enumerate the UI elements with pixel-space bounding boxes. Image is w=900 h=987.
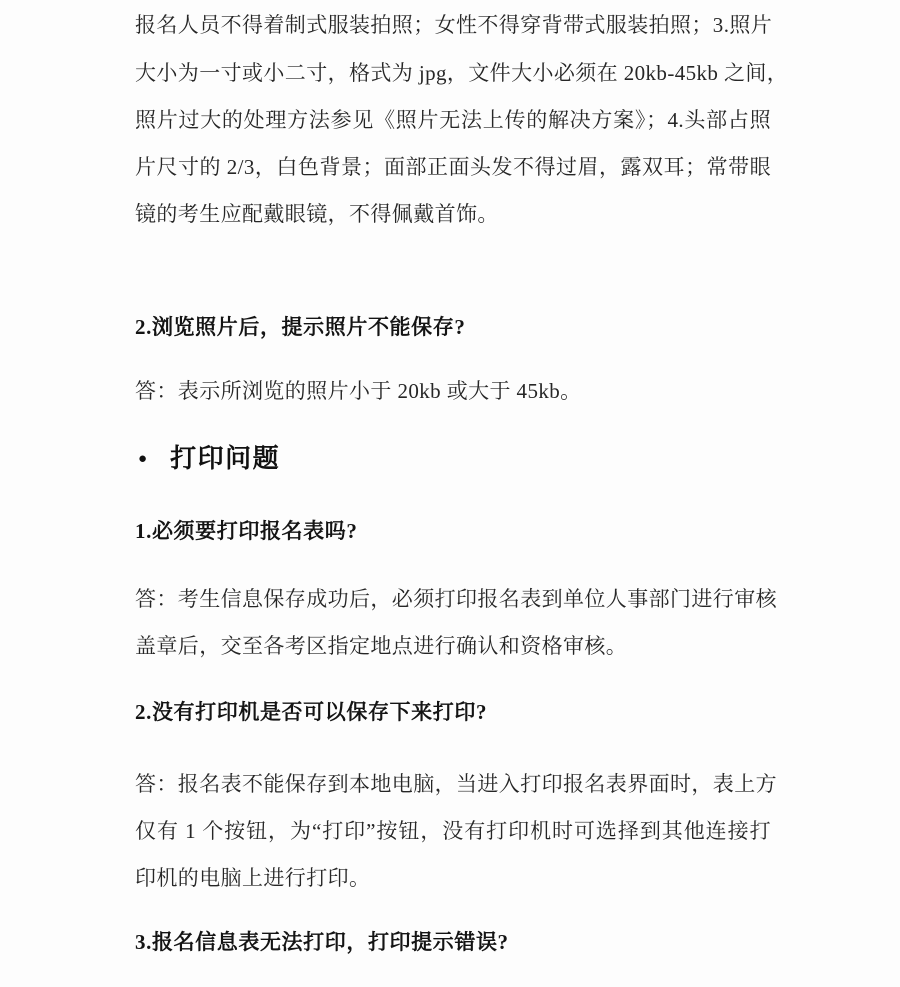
answer-line: 答：报名表不能保存到本地电脑，当进入打印报名表界面时，表上方 [135,769,771,799]
bullet-icon: ● [138,452,147,467]
question-heading: 2.浏览照片后，提示照片不能保存? [135,312,771,342]
paragraph-line: 片尺寸的 2/3，白色背景；面部正面头发不得过眉，露双耳；常带眼 [135,152,771,182]
section-heading: ● 打印问题 [138,444,280,474]
paragraph-line: 镜的考生应配戴眼镜，不得佩戴首饰。 [135,199,771,229]
answer-line: 印机的电脑上进行打印。 [135,863,771,893]
paragraph-line: 照片过大的处理方法参见《照片无法上传的解决方案》；4.头部占照 [135,105,771,135]
answer-line: 答：考生信息保存成功后，必须打印报名表到单位人事部门进行审核 [135,584,771,614]
answer-line: 盖章后，交至各考区指定地点进行确认和资格审核。 [135,631,771,661]
document-page: 报名人员不得着制式服装拍照；女性不得穿背带式服装拍照；3.照片 大小为一寸或小二… [0,0,900,987]
question-heading: 3.报名信息表无法打印，打印提示错误? [135,927,771,957]
section-title: 打印问题 [170,444,280,474]
question-heading: 1.必须要打印报名表吗? [135,516,771,546]
answer-line: 仅有 1 个按钮，为“打印”按钮，没有打印机时可选择到其他连接打 [135,816,771,846]
paragraph-line: 报名人员不得着制式服装拍照；女性不得穿背带式服装拍照；3.照片 [135,10,771,40]
paragraph-line: 大小为一寸或小二寸，格式为 jpg，文件大小必须在 20kb-45kb 之间， [135,58,771,88]
question-heading: 2.没有打印机是否可以保存下来打印? [135,697,771,727]
answer-line: 答：表示所浏览的照片小于 20kb 或大于 45kb。 [135,376,771,406]
